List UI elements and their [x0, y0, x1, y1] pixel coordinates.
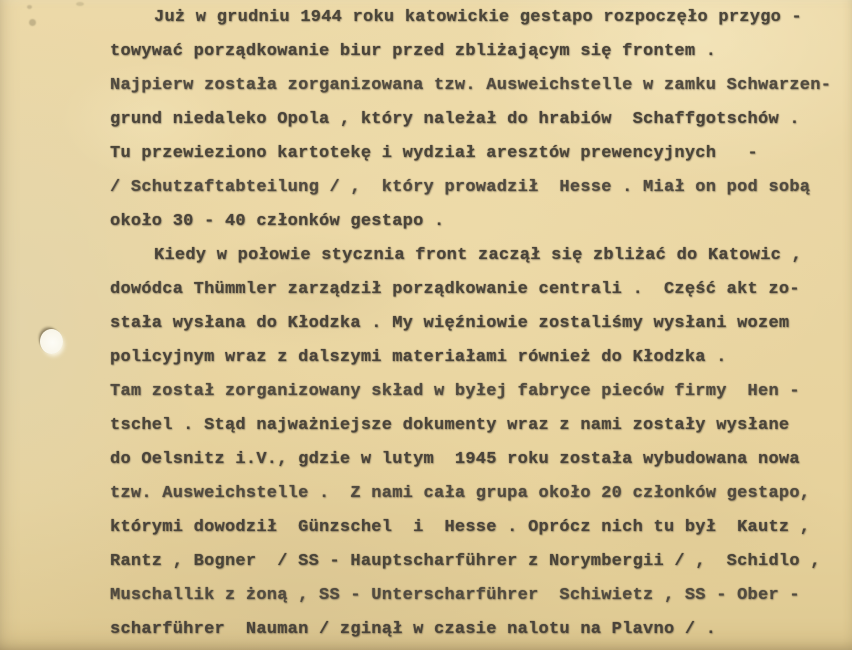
text-line: Już w grudniu 1944 roku katowickie gesta… [110, 1, 830, 35]
text-line: Tam został zorganizowany skład w byłej f… [110, 375, 830, 409]
text-line: / Schutzaftabteilung / , który prowadził… [110, 171, 830, 205]
pencil-speck [29, 19, 36, 26]
pencil-speck [27, 5, 32, 9]
text-line: scharführer Nauman / zginął w czasie nal… [110, 613, 830, 647]
pencil-speck [76, 2, 84, 6]
text-line: towywać porządkowanie biur przed zbliżaj… [110, 35, 830, 69]
text-line: Najpierw została zorganizowana tzw. Ausw… [110, 69, 830, 103]
punch-hole [40, 329, 63, 354]
text-line: do Oelsnitz i.V., gdzie w lutym 1945 rok… [110, 443, 830, 477]
text-line: Kiedy w połowie stycznia front zaczął si… [110, 239, 830, 273]
scanned-document-page: Już w grudniu 1944 roku katowickie gesta… [0, 0, 852, 650]
text-line: około 30 - 40 członków gestapo . [110, 205, 830, 239]
text-line: Tu przewieziono kartotekę i wydział ares… [110, 137, 830, 171]
typewritten-text-block: Już w grudniu 1944 roku katowickie gesta… [110, 1, 830, 647]
text-line: stała wysłana do Kłodzka . My więźniowie… [110, 307, 830, 341]
text-line: Rantz , Bogner / SS - Hauptscharführer z… [110, 545, 830, 579]
text-line: tschel . Stąd najważniejsze dokumenty wr… [110, 409, 830, 443]
text-line: grund niedaleko Opola , który należał do… [110, 103, 830, 137]
text-line: którymi dowodził Günzschel i Hesse . Opr… [110, 511, 830, 545]
text-line: Muschallik z żoną , SS - Unterscharführe… [110, 579, 830, 613]
text-line: dowódca Thümmler zarządził porządkowanie… [110, 273, 830, 307]
text-line: policyjnym wraz z dalszymi materiałami r… [110, 341, 830, 375]
text-line: tzw. Ausweichstelle . Z nami cała grupa … [110, 477, 830, 511]
